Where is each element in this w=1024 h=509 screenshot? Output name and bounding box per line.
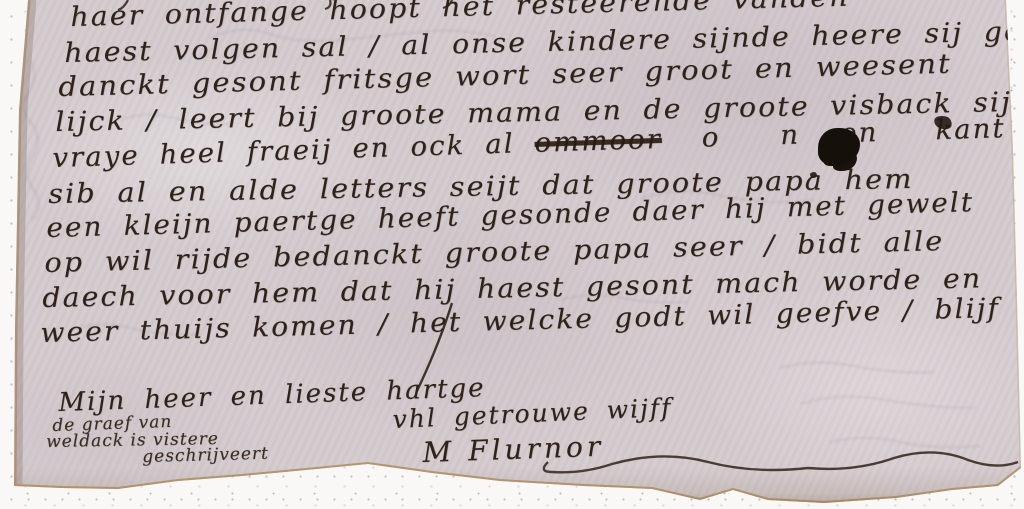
struck-out-word: ommoor <box>534 124 662 159</box>
letter-paper: haer ontfange hoopt het resteerende vand… <box>0 0 1024 509</box>
ink-blot-dot <box>810 172 817 178</box>
ink-blot-large <box>818 128 860 166</box>
left-margin-note: geschrijveert <box>142 444 269 467</box>
torn-edge-shadow <box>0 467 1024 509</box>
manuscript-scan: haer ontfange hoopt het resteerende vand… <box>0 0 1024 509</box>
signature: M Flurnor <box>422 430 605 469</box>
